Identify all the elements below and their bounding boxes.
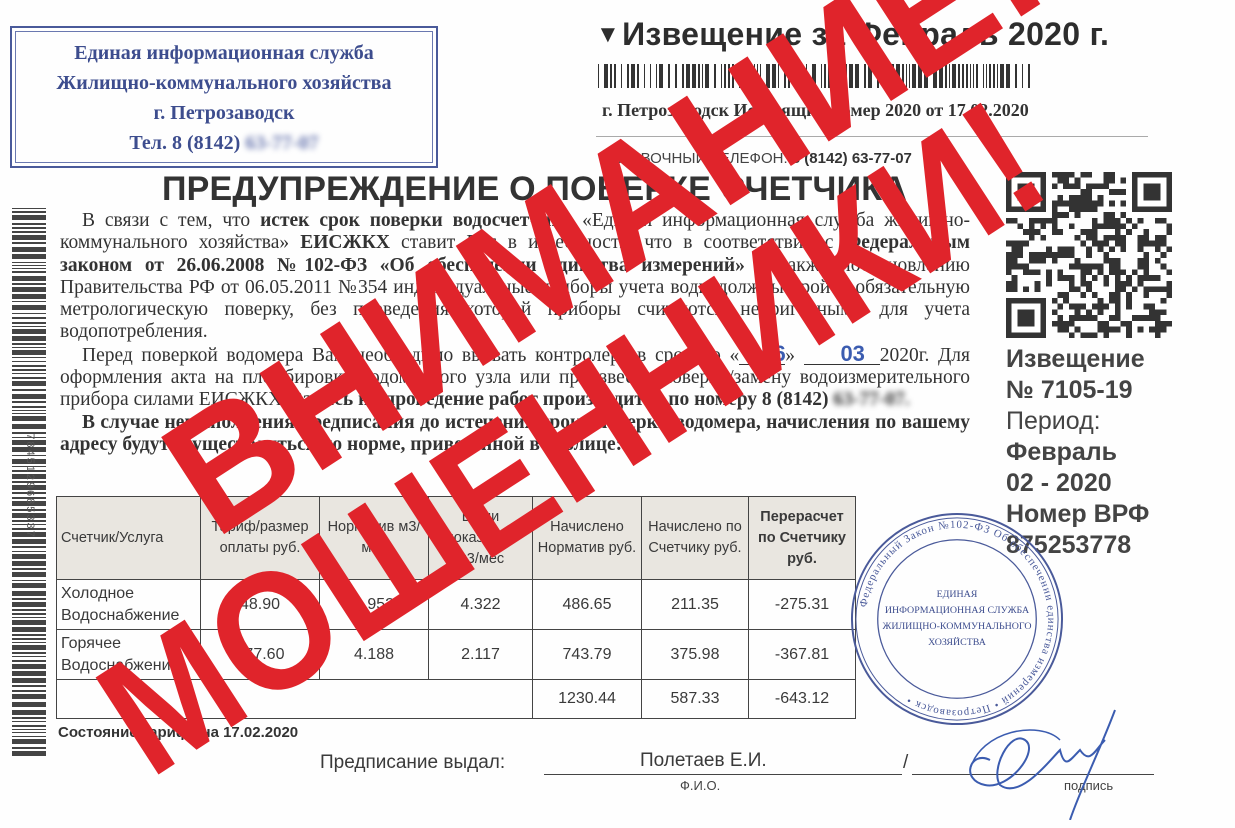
issued-by-label: Предписание выдал: (320, 752, 505, 774)
text-bold: В случае невыполнения предписания до ист… (60, 412, 970, 455)
cell-tariff: 48.90 (201, 580, 320, 630)
paragraph-3: В случае невыполнения предписания до ист… (60, 412, 970, 457)
hidden-phone: 63-77-07. (833, 389, 909, 410)
body-text: В связи с тем, что истек срок поверки во… (60, 210, 970, 456)
deadline-day: 06 (739, 344, 785, 365)
text: В связи с тем, что (82, 210, 260, 231)
col-recalc: Перерасчет по Счетчику руб. (749, 497, 856, 580)
period-label: Период: (1006, 406, 1149, 437)
cell-service: Холодное Водоснабжение (57, 580, 201, 630)
org-line-2: Жилищно-коммунального хозяйства (12, 68, 436, 98)
text: ставит Вас в известность, что в соответс… (390, 232, 845, 253)
col-readings: Ваши показания м3/мес (429, 497, 533, 580)
col-norm: Норматив м3/мес (320, 497, 429, 580)
cell-recalc: -367.81 (749, 630, 856, 680)
official-stamp-icon: Федеральный Закон №102-ФЗ Об обеспечении… (848, 510, 1066, 728)
org-phone: Тел. 8 (8142) 63-77-07 (12, 128, 436, 158)
cell-charged-meter: 375.98 (642, 630, 749, 680)
notice-title-text: Извещение за Февраль 2020 г. (622, 16, 1109, 52)
ref-phone-label: СПРАВОЧНЫЙ ТЕЛЕФОН: (600, 150, 788, 167)
text-bold: ЕИСЖКХ (300, 232, 390, 253)
col-tariff: Тариф/размер оплаты руб. (201, 497, 320, 580)
org-line-1: Единая информационная служба (12, 38, 436, 68)
notice-label: Извещение (1006, 344, 1149, 375)
paragraph-2: Перед поверкой водомера Вам необходимо в… (60, 344, 970, 412)
tariff-table: Счетчик/Услуга Тариф/размер оплаты руб. … (56, 496, 856, 719)
org-phone-prefix: Тел. 8 (8142) (129, 132, 240, 154)
total-charged-norm: 1230.44 (533, 680, 642, 719)
cell-recalc: -275.31 (749, 580, 856, 630)
cell-tariff: 177.60 (201, 630, 320, 680)
text-bold: истек срок поверки водосчетчика (260, 210, 572, 231)
barcode-icon (598, 64, 1030, 88)
total-recalc: -643.12 (749, 680, 856, 719)
table-row: Горячее Водоснабжение 177.60 4.188 2.117… (57, 630, 856, 680)
text: » (785, 345, 795, 366)
fio-label: Ф.И.О. (680, 778, 720, 793)
table-row: Холодное Водоснабжение 48.90 9.952 4.322… (57, 580, 856, 630)
svg-text:ЕДИНАЯИНФОРМАЦИОННАЯ СЛУЖБАЖИЛ: ЕДИНАЯИНФОРМАЦИОННАЯ СЛУЖБАЖИЛИЩНО-КОММУ… (882, 589, 1031, 648)
cell-norm: 4.188 (320, 630, 429, 680)
col-charged-meter: Начислено по Счетчику руб. (642, 497, 749, 580)
org-line-3: г. Петрозаводск (12, 98, 436, 128)
cell-empty (57, 680, 533, 719)
total-charged-meter: 587.33 (642, 680, 749, 719)
col-service: Счетчик/Услуга (57, 497, 201, 580)
text-bold: Запись на проведение работ производится … (292, 389, 829, 410)
side-barcode-number: 7845129685337 (24, 386, 36, 586)
notice-number: № 7105-19 (1006, 375, 1149, 406)
text: Перед поверкой водомера Вам необходимо в… (82, 345, 739, 366)
cell-charged-meter: 211.35 (642, 580, 749, 630)
issuer-name: Полетаев Е.И. (640, 750, 767, 772)
deadline-month: 03 (804, 344, 880, 365)
cell-readings: 2.117 (429, 630, 533, 680)
reference-phone: СПРАВОЧНЫЙ ТЕЛЕФОН: 8 (8142) 63-77-07 (600, 150, 912, 167)
cell-norm: 9.952 (320, 580, 429, 630)
page-title: ПРЕДУПРЕЖДЕНИЕ О ПОВЕРКЕ СЧЕТЧИКА (162, 170, 907, 209)
table-header-row: Счетчик/Услуга Тариф/размер оплаты руб. … (57, 497, 856, 580)
qr-code-icon (1006, 172, 1172, 338)
cell-service: Горячее Водоснабжение (57, 630, 201, 680)
slash-separator: / (903, 752, 908, 774)
cell-charged-norm: 743.79 (533, 630, 642, 680)
org-phone-hidden: 63-77-07 (245, 132, 318, 154)
svg-text:Федеральный Закон №102-ФЗ Об о: Федеральный Закон №102-ФЗ Об обеспечении… (858, 519, 1058, 719)
outgoing-number: г. Петрозаводск Исходящий номер 2020 от … (602, 100, 1029, 121)
ref-phone-value: 8 (8142) 63-77-07 (792, 150, 912, 167)
table-total-row: 1230.44 587.33 -643.12 (57, 680, 856, 719)
period-value: 02 - 2020 (1006, 468, 1149, 499)
name-line (544, 774, 902, 775)
org-header-box: Единая информационная служба Жилищно-ком… (10, 26, 438, 168)
cell-readings: 4.322 (429, 580, 533, 630)
notice-title: ▼Извещение за Февраль 2020 г. (596, 16, 1109, 53)
col-charged-norm: Начислено Норматив руб. (533, 497, 642, 580)
period-month: Февраль (1006, 437, 1149, 468)
paragraph-1: В связи с тем, что истек срок поверки во… (60, 210, 970, 344)
divider (596, 136, 1148, 137)
tariff-status: Состояние тарифа на 17.02.2020 (58, 724, 298, 741)
triangle-down-icon: ▼ (596, 21, 620, 48)
cell-charged-norm: 486.65 (533, 580, 642, 630)
